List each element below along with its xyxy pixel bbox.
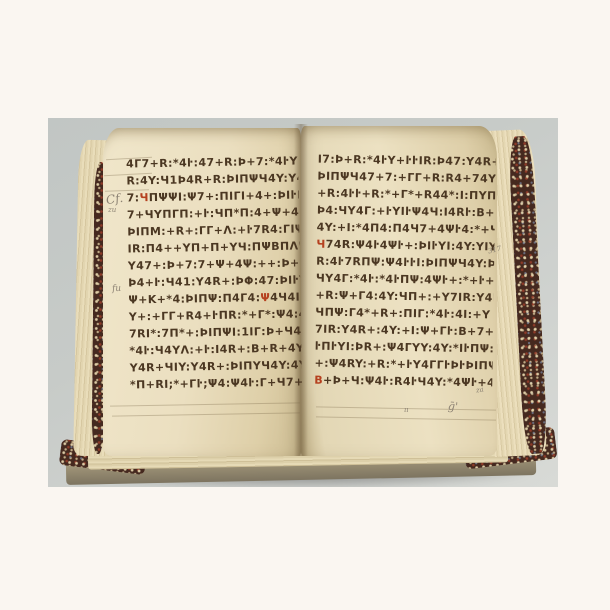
left-margin-note-3: fu	[112, 284, 122, 295]
rubricated-initial: Β	[314, 374, 323, 387]
left-margin-note-1: Cf.	[105, 191, 124, 207]
rubricated-initial: Ч	[139, 191, 149, 204]
right-margin-note-za: za	[475, 385, 484, 394]
book-photograph: 4Γ7+R:*4ŀ:47+R:Þ+7:*4ŀY+K+R:4Y:Ч1Þ4R+R:Þ…	[48, 118, 558, 487]
rune-text-line: *Π+RΙ;*+Γŀ;Ψ4:Ψ4ŀ:Γ+Ч7+*	[130, 373, 302, 393]
rune-text-line: Β+Þ+Ч:Ψ4ŀ:R4ŀЧ4Y:*4Ψŀ+41;	[314, 372, 492, 392]
left-page-runic-text: 4Γ7+R:*4ŀ:47+R:Þ+7:*4ŀY+K+R:4Y:Ч1Þ4R+R:Þ…	[126, 153, 302, 394]
right-page-runic-text: Ι7:Þ+R:*4ŀY+ŀŀΙR:Þ47:Y4R+:ÞΙΠΨЧ47+7:+ΓΓ+…	[314, 151, 496, 392]
left-margin-note-2: zu	[108, 206, 116, 214]
right-page-footer-mark-2: ḡ'	[448, 400, 459, 414]
right-page-footer-mark-1: ıı	[404, 406, 408, 414]
rubricated-initial: Ψ	[260, 291, 270, 304]
screenshot-canvas: 4Γ7+R:*4ŀ:47+R:Þ+7:*4ŀY+K+R:4Y:Ч1Þ4R+R:Þ…	[0, 0, 610, 610]
